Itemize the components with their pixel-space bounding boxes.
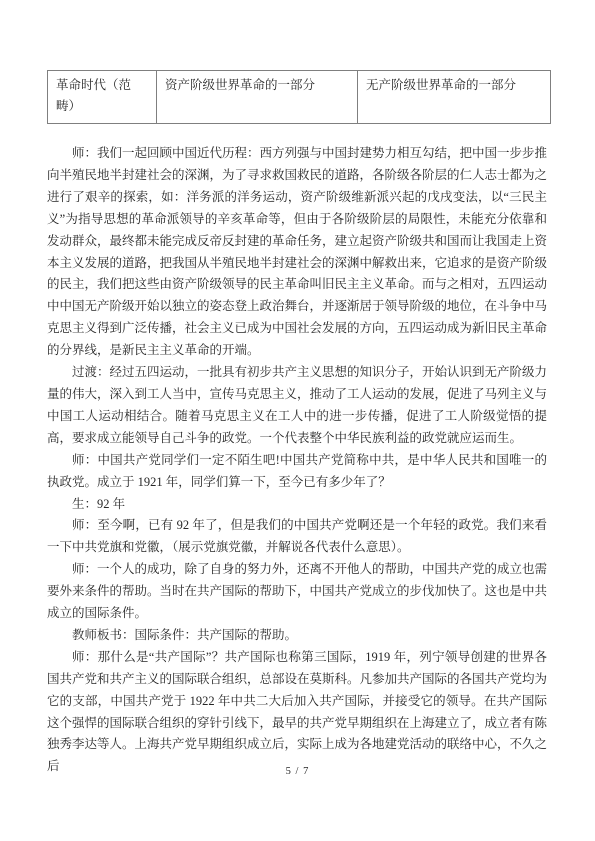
paragraph-transition-may-fourth: 过渡：经过五四运动，一批具有初步共产主义思想的知识分子，开始认识到无产阶级力量的…: [47, 362, 547, 450]
paragraph-teacher-comintern-definition: 师：那什么是“共产国际”？共产国际也称第三国际，1919 年，列宁领导创建的世界…: [47, 647, 547, 778]
paragraph-board-writing-international-condition: 教师板书：国际条件：共产国际的帮助。: [47, 625, 547, 647]
document-body: 师：我们一起回顾中国近代历程：西方列强与中国封建势力相互勾结，把中国一步步推向半…: [47, 143, 547, 778]
document-page: 革命时代（范畴） 资产阶级世界革命的一部分 无产阶级世界革命的一部分 师：我们一…: [0, 0, 595, 841]
table-cell-revolution-era: 革命时代（范畴）: [48, 71, 157, 124]
paragraph-teacher-comintern-help: 师：一个人的成功，除了自身的努力外，还离不开他人的帮助，中国共产党的成立也需要外…: [47, 559, 547, 625]
table-cell-proletarian-revolution: 无产阶级世界革命的一部分: [358, 71, 551, 124]
page-number: 5 / 7: [0, 766, 595, 777]
paragraph-student-answer: 生：92 年: [47, 494, 547, 516]
table-row: 革命时代（范畴） 资产阶级世界革命的一部分 无产阶级世界革命的一部分: [48, 71, 551, 124]
revolution-era-table: 革命时代（范畴） 资产阶级世界革命的一部分 无产阶级世界革命的一部分: [47, 70, 551, 124]
paragraph-teacher-ccp-intro: 师：中国共产党同学们一定不陌生吧!中国共产党简称中共，是中华人民共和国唯一的执政…: [47, 450, 547, 494]
table-cell-bourgeois-revolution: 资产阶级世界革命的一部分: [157, 71, 358, 124]
paragraph-teacher-modern-history-review: 师：我们一起回顾中国近代历程：西方列强与中国封建势力相互勾结，把中国一步步推向半…: [47, 143, 547, 362]
paragraph-teacher-party-flag-emblem: 师：至今啊，已有 92 年了，但是我们的中国共产党啊还是一个年轻的政党。我们来看…: [47, 515, 547, 559]
